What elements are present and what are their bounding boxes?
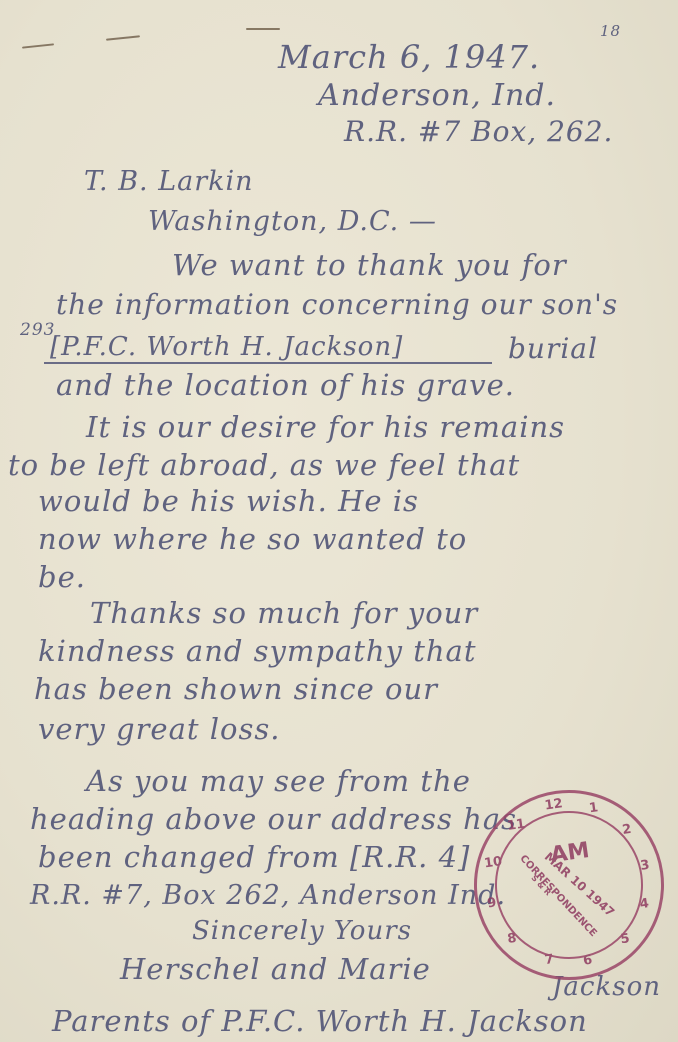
body-line: would be his wish. He is xyxy=(38,484,419,518)
letter-date: March 6, 1947. xyxy=(278,38,540,76)
recipient-location: Washington, D.C. — xyxy=(148,206,437,237)
valediction: Sincerely Yours xyxy=(192,916,412,946)
body-line: heading above our address has xyxy=(30,802,517,836)
soldier-name-bracketed: [P.F.C. Worth H. Jackson] xyxy=(50,332,403,362)
recipient-name: T. B. Larkin xyxy=(84,166,254,197)
signature-title: Parents of P.F.C. Worth H. Jackson xyxy=(52,1004,588,1038)
name-underline xyxy=(44,362,492,364)
letter-page: March 6, 1947. 18 Anderson, Ind. R.R. #7… xyxy=(0,0,678,1042)
body-line: kindness and sympathy that xyxy=(38,634,477,668)
stamp-hour: 11 xyxy=(505,816,527,834)
stamp-hour: 9 xyxy=(481,895,503,913)
body-line: to be left abroad, as we feel that xyxy=(8,448,520,482)
stamp-hour: 3 xyxy=(634,857,656,875)
stamp-hour: 10 xyxy=(482,854,504,872)
body-line: and the location of his grave. xyxy=(56,368,515,402)
body-line: has been shown since our xyxy=(34,672,438,706)
margin-dash xyxy=(106,35,140,41)
body-line: the information concerning our son's xyxy=(56,288,618,321)
body-line: We want to thank you for xyxy=(172,248,567,282)
stamp-hour: 7 xyxy=(538,951,560,969)
body-line: burial xyxy=(508,332,598,365)
body-line: now where he so wanted to xyxy=(38,522,467,556)
body-line: It is our desire for his remains xyxy=(86,410,565,444)
body-line: Thanks so much for your xyxy=(90,596,478,630)
body-line: be. xyxy=(38,560,86,594)
stamp-hour: 2 xyxy=(616,821,638,839)
body-line: been changed from [R.R. 4] xyxy=(38,840,470,874)
body-line: As you may see from the xyxy=(86,764,471,798)
stamp-hour: 12 xyxy=(543,796,565,814)
corner-mark: 18 xyxy=(600,22,621,40)
body-line: R.R. #7, Box 262, Anderson Ind. xyxy=(30,880,506,911)
body-line: very great loss. xyxy=(38,712,280,746)
margin-dash xyxy=(246,28,280,30)
signature-names: Herschel and Marie xyxy=(120,952,431,986)
stamp-hour: 5 xyxy=(614,930,636,948)
letter-city: Anderson, Ind. xyxy=(318,78,556,113)
letter-return-address: R.R. #7 Box, 262. xyxy=(344,115,613,148)
stamp-hour: 4 xyxy=(633,895,655,913)
stamp-hour: 1 xyxy=(583,800,605,818)
margin-dash xyxy=(22,43,54,48)
stamp-hour: 6 xyxy=(577,952,599,970)
stamp-hour: 8 xyxy=(501,930,523,948)
